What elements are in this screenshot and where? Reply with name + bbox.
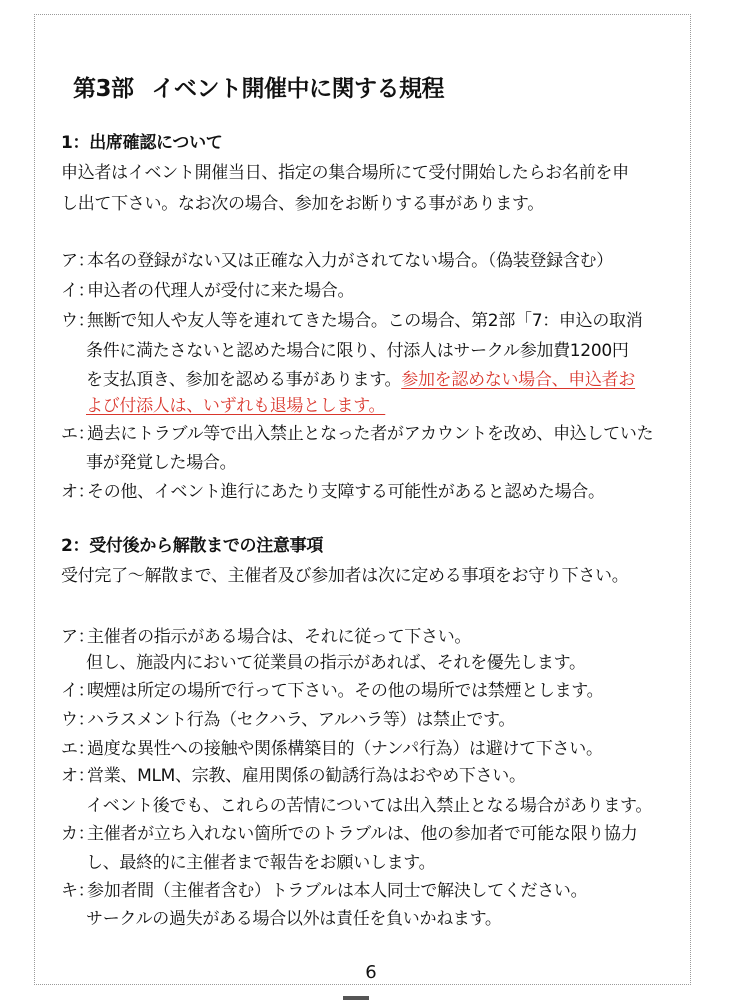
title-text: イベント開催中に関する規程 xyxy=(152,76,445,102)
list-item: エ：過去にトラブル等で出入禁止となった者がアカウントを改め、申込していた xyxy=(61,423,653,445)
item-text: その他、イベント進行にあたり支障する可能性があると認めた場合。 xyxy=(87,482,605,502)
item-label: オ： xyxy=(61,481,87,503)
item-text: 申込者の代理人が受付に来た場合。 xyxy=(87,281,354,301)
page-number: 6 xyxy=(0,962,742,983)
item-label: エ： xyxy=(61,738,87,760)
list-item: イ：喫煙は所定の場所で行って下さい。その他の場所では禁煙とします。 xyxy=(61,680,603,702)
item-text: 本名の登録がない又は正確な入力がされてない場合。（偽装登録含む） xyxy=(87,251,613,271)
item-label: ア： xyxy=(61,250,87,272)
item-continuation: を支払頂き、参加を認める事があります。参加を認めない場合、申込者お xyxy=(86,369,635,391)
item-label: エ： xyxy=(61,423,87,445)
page-scroll-tab[interactable] xyxy=(343,996,369,1000)
list-item: エ：過度な異性への接触や関係構築目的（ナンパ行為）は避けて下さい。 xyxy=(61,738,603,760)
item-label: キ： xyxy=(61,880,87,902)
warning-text: よび付添人は、いずれも退場とします。 xyxy=(86,396,385,416)
list-item: オ：その他、イベント進行にあたり支障する可能性があると認めた場合。 xyxy=(61,481,605,503)
item-continuation: 事が発覚した場合。 xyxy=(86,452,236,474)
item-label: オ： xyxy=(61,765,87,787)
item-text: 営業、MLM、宗教、雇用関係の勧誘行為はおやめ下さい。 xyxy=(87,766,526,786)
item-continuation: よび付添人は、いずれも退場とします。 xyxy=(86,395,385,417)
section2-intro: 受付完了～解散まで、主催者及び参加者は次に定める事項をお守り下さい。 xyxy=(61,565,628,587)
item-text: 過去にトラブル等で出入禁止となった者がアカウントを改め、申込していた xyxy=(87,424,653,444)
warning-text: 参加を認めない場合、申込者お xyxy=(401,370,635,390)
item-text: 喫煙は所定の場所で行って下さい。その他の場所では禁煙とします。 xyxy=(87,681,603,701)
title-part: 第3部 xyxy=(73,76,134,102)
item-continuation: し、最終的に主催者まで報告をお願いします。 xyxy=(86,852,435,874)
section2-heading: 2：受付後から解散までの注意事項 xyxy=(61,535,323,557)
item-text: 過度な異性への接触や関係構築目的（ナンパ行為）は避けて下さい。 xyxy=(87,739,603,759)
section1-intro-line: し出て下さい。なお次の場合、参加をお断りする事があります。 xyxy=(61,193,544,215)
item-continuation: 但し、施設内において従業員の指示があれば、それを優先します。 xyxy=(86,652,586,674)
list-item: イ：申込者の代理人が受付に来た場合。 xyxy=(61,280,354,302)
item-text: 参加者間（主催者含む）トラブルは本人同士で解決してください。 xyxy=(87,881,587,901)
page-title: 第3部イベント開催中に関する規程 xyxy=(73,70,444,103)
list-item: ウ：ハラスメント行為（セクハラ、アルハラ等）は禁止です。 xyxy=(61,709,515,731)
item-label: ウ： xyxy=(61,310,87,332)
item-label: ア： xyxy=(61,626,87,648)
item-text: 主催者の指示がある場合は、それに従って下さい。 xyxy=(87,627,471,647)
section1-intro-line: 申込者はイベント開催当日、指定の集合場所にて受付開始したらお名前を申 xyxy=(61,162,629,184)
list-item: オ：営業、MLM、宗教、雇用関係の勧誘行為はおやめ下さい。 xyxy=(61,765,526,787)
item-text: ハラスメント行為（セクハラ、アルハラ等）は禁止です。 xyxy=(87,710,515,730)
list-item: キ：参加者間（主催者含む）トラブルは本人同士で解決してください。 xyxy=(61,880,587,902)
item-label: ウ： xyxy=(61,709,87,731)
list-item: ア：主催者の指示がある場合は、それに従って下さい。 xyxy=(61,626,471,648)
list-item: ア：本名の登録がない又は正確な入力がされてない場合。（偽装登録含む） xyxy=(61,250,613,272)
item-text: を支払頂き、参加を認める事があります。 xyxy=(86,370,401,390)
item-continuation: 条件に満たさないと認めた場合に限り、付添人はサークル参加費1200円 xyxy=(86,340,629,362)
section1-heading: 1：出席確認について xyxy=(61,132,223,154)
item-text: 無断で知人や友人等を連れてきた場合。この場合、第2部「7：申込の取消 xyxy=(87,311,642,331)
list-item: カ：主催者が立ち入れない箇所でのトラブルは、他の参加者で可能な限り協力 xyxy=(61,823,637,845)
item-label: カ： xyxy=(61,823,87,845)
item-text: 主催者が立ち入れない箇所でのトラブルは、他の参加者で可能な限り協力 xyxy=(87,824,637,844)
item-label: イ： xyxy=(61,680,87,702)
item-continuation: イベント後でも、これらの苦情については出入禁止となる場合があります。 xyxy=(86,795,652,817)
item-label: イ： xyxy=(61,280,87,302)
item-continuation: サークルの過失がある場合以外は責任を負いかねます。 xyxy=(86,908,502,930)
list-item: ウ：無断で知人や友人等を連れてきた場合。この場合、第2部「7：申込の取消 xyxy=(61,310,642,332)
